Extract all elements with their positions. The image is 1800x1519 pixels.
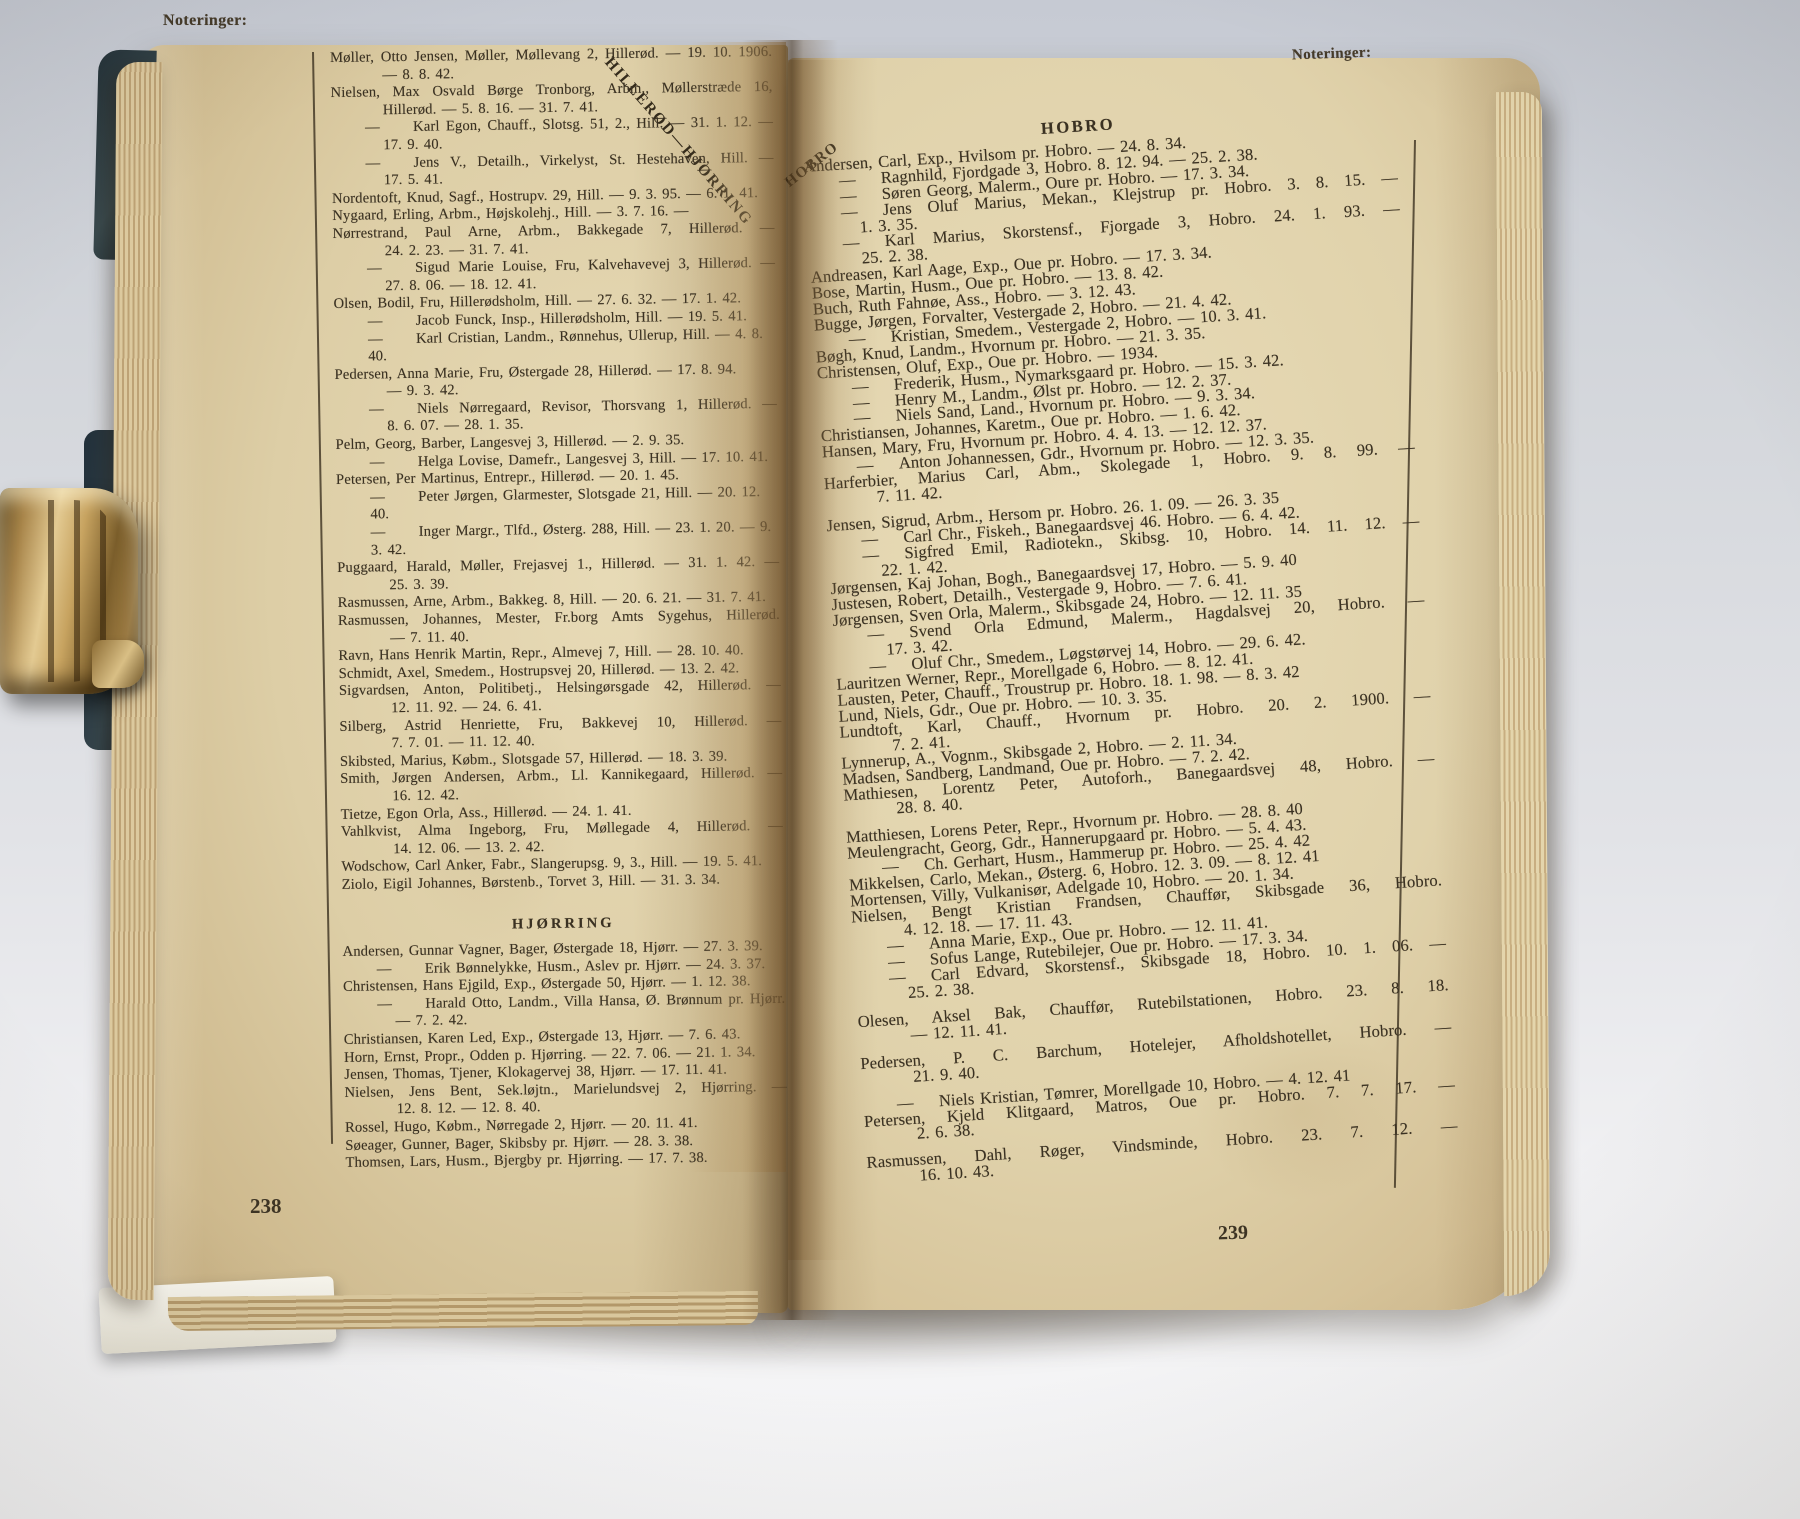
book-photo: { "page_left": { "noteringer": "Notering… [0,0,1800,1519]
sub-entry-dash: — [368,313,416,331]
sub-entry-dash: — [365,119,413,137]
directory-column-right: HOBROAndersen, Carl, Exp., Hvilsom pr. H… [802,99,1459,1187]
sub-entry-dash: — [365,154,413,172]
noteringer-label-right: Noteringer: [1292,45,1372,65]
sub-entry-dash: — [371,524,419,542]
book-gutter [742,40,838,1320]
sub-entry-dash: — [370,489,418,507]
page-edges-right [1496,92,1550,1296]
sub-entry-dash: — [367,260,415,278]
sub-entry-dash: — [369,401,417,419]
sub-entry-dash: — [370,453,418,471]
sub-entry-dash: — [377,996,425,1014]
page-edges-bottom [168,1291,758,1331]
sub-entry-dash: — [377,960,425,978]
book-clasp-hook [92,640,144,688]
page-number-left: 238 [250,1194,282,1219]
page-number-right: 239 [1218,1222,1249,1246]
sub-entry-dash: — [368,330,416,348]
noteringer-label-left: Noteringer: [163,12,247,30]
